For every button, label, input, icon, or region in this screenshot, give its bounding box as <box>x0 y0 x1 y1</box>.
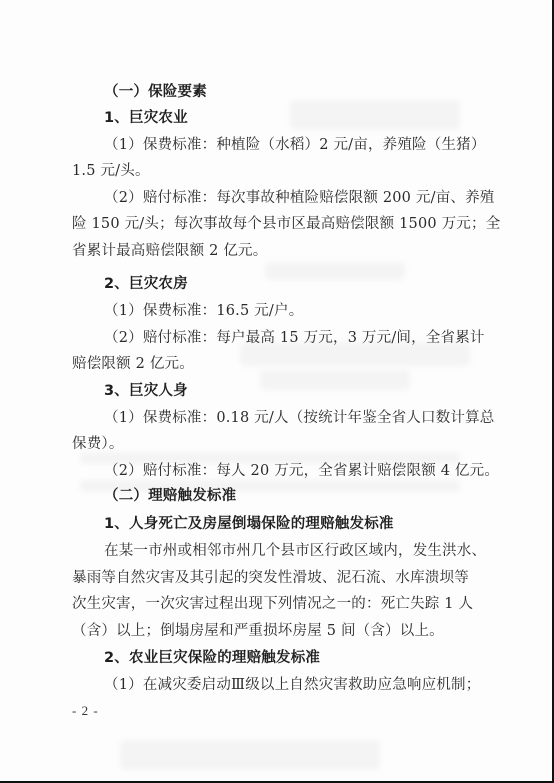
section-heading-claim-trigger: （二）理赔触发标准 <box>104 486 466 506</box>
subheading-catastrophe-agriculture: 1、巨灾农业 <box>104 108 466 128</box>
paragraph-line: （2）赔付标准：每户最高 15 万元，3 万元/间，全省累计 <box>104 328 466 348</box>
subheading-catastrophe-housing: 2、巨灾农房 <box>104 274 466 294</box>
page-number: - 2 - <box>72 701 99 721</box>
document-page: （一）保险要素 1、巨灾农业 （1）保费标准：种植险（水稻）2 元/亩，养殖险（… <box>0 0 554 783</box>
bleed-through-mark <box>120 740 380 770</box>
paragraph-line: 保费）。 <box>72 434 466 454</box>
paragraph-line: 赔偿限额 2 亿元。 <box>72 354 466 374</box>
paragraph-line: 险 150 元/头；每次事故每个县市区最高赔偿限额 1500 万元；全 <box>72 214 466 234</box>
subheading-agriculture-trigger: 2、农业巨灾保险的理赔触发标准 <box>104 648 466 668</box>
paragraph-line: 在某一市州或相邻市州几个县市区行政区域内，发生洪水、 <box>104 541 466 561</box>
subheading-catastrophe-personal: 3、巨灾人身 <box>104 381 466 401</box>
paragraph-line: 次生灾害，一次灾害过程出现下列情况之一的：死亡失踪 1 人 <box>72 594 466 614</box>
paragraph-line: （2）赔付标准：每次事故种植险赔偿限额 200 元/亩、养殖 <box>104 188 466 208</box>
paragraph-line: （含）以上；倒塌房屋和严重损坏房屋 5 间（含）以上。 <box>72 621 466 641</box>
paragraph-line: （1）保费标准：种植险（水稻）2 元/亩，养殖险（生猪） <box>104 135 466 155</box>
paragraph-line: 省累计最高赔偿限额 2 亿元。 <box>72 241 466 261</box>
paragraph-line: （1）保费标准：0.18 元/人（按统计年鉴全省人口数计算总 <box>104 408 466 428</box>
paragraph-line: 暴雨等自然灾害及其引起的突发性滑坡、泥石流、水库溃坝等 <box>72 568 466 588</box>
paragraph-line: 1.5 元/头。 <box>72 161 466 181</box>
subheading-death-housing-trigger: 1、人身死亡及房屋倒塌保险的理赔触发标准 <box>104 514 466 534</box>
paragraph-line: （2）赔付标准：每人 20 万元，全省累计赔偿限额 4 亿元。 <box>104 461 466 481</box>
paragraph-line: （1）在减灾委启动Ⅲ级以上自然灾害救助应急响应机制； <box>104 675 466 695</box>
paragraph-line: （1）保费标准：16.5 元/户。 <box>104 301 466 321</box>
section-heading-insurance-elements: （一）保险要素 <box>104 82 466 102</box>
